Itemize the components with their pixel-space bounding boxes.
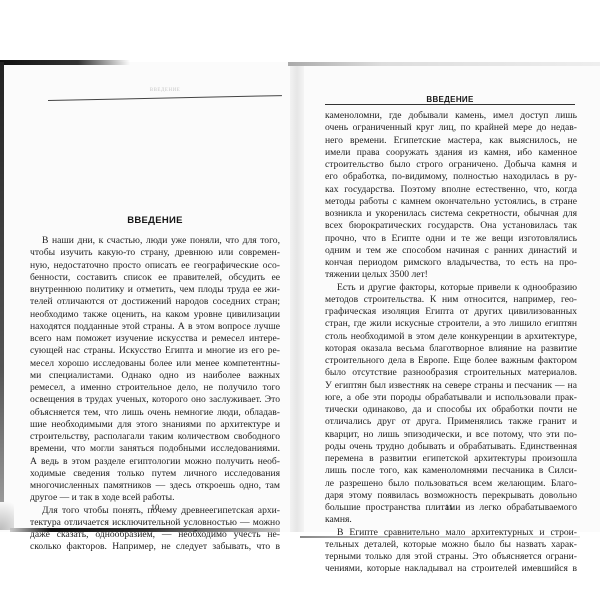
text-line: сколько факторов. Например, не следует з… <box>30 541 280 553</box>
text-line: одним и тем же способом начиная с ранних… <box>325 245 577 257</box>
text-line: методов строительства. К ним относится, … <box>325 294 577 306</box>
text-line: стран, где жили искусные строители, а эт… <box>325 318 577 330</box>
page-edge-shadow <box>0 62 4 502</box>
text-line: возникла и укоренилась система секретнос… <box>325 208 577 220</box>
text-line: многочисленных памятников — здесь открое… <box>30 480 280 492</box>
text-line: ках государства. Поэтому вполне естестве… <box>325 184 577 196</box>
text-line: тектура отличается исключительной условн… <box>30 517 280 529</box>
text-line: телей отличаются от достижений народов с… <box>30 296 280 308</box>
text-line: необходимо также оценить, на каком уровн… <box>30 309 280 321</box>
text-line: всего нам поможет изучение искусства и р… <box>30 333 280 345</box>
faint-running-head: ВВЕДЕНИЕ <box>140 88 190 93</box>
text-line: тельных деталей, которые можно было бы н… <box>325 539 577 551</box>
text-line: отличались друг от друга. Применялись та… <box>325 416 577 428</box>
text-line: кварцит, но лишь эпизодически, и все пот… <box>325 429 577 441</box>
text-line: В наши дни, к счастью, люди уже поняли, … <box>30 235 280 247</box>
text-line: столь необходимой в этом деле конкуренци… <box>325 331 577 343</box>
text-line: всех бюрократических государств. Она уст… <box>325 220 577 232</box>
text-line: строительство было строго ограничено. До… <box>325 159 577 171</box>
text-line: его обработка, по-видимому, полностью на… <box>325 171 577 183</box>
scan-corner-shadow <box>0 490 14 530</box>
text-line: ле разрешено было пользоваться всем жела… <box>325 478 577 490</box>
text-line: бенности, составить список ее правителей… <box>30 272 280 284</box>
text-line: роды очень трудно добывать и обрабатыват… <box>325 441 577 453</box>
text-line: очень ограниченный круг лиц, по крайней … <box>325 122 577 134</box>
text-line: каменоломни, где добывали камень, имел д… <box>325 110 577 122</box>
text-line: юге, а обе эти породы обрабатывали и исп… <box>325 392 577 404</box>
text-line: строительству, располагали таким количес… <box>30 431 280 443</box>
page-edge-shadow <box>0 60 130 65</box>
text-line: терными только для этой страны. Это объя… <box>325 551 577 563</box>
text-line: даря этому появилась возможность перекры… <box>325 490 577 502</box>
text-line: перемена в развитии египетской архитекту… <box>325 453 577 465</box>
text-line: освещения в трудах ученых, которого оно … <box>30 394 280 406</box>
text-line: чениями, которые накладывал на строителе… <box>325 563 577 575</box>
text-line: тяжении целых 3500 лет! <box>325 269 577 281</box>
text-line: В Египте сравнительно мало архитектурных… <box>325 527 577 539</box>
text-line: У египтян был известняк на севере страны… <box>325 380 577 392</box>
text-line: имели права сооружать здания из камня, и… <box>325 147 577 159</box>
text-line: объясняется тем, что лишь очень немногие… <box>30 407 280 419</box>
text-line: прочно, что в Египте одни и те же вещи и… <box>325 233 577 245</box>
text-line: Есть и другие факторы, которые привели к… <box>325 282 577 294</box>
text-line: А ведь в этом разделе египтологии можно … <box>30 456 280 468</box>
text-line: было отсутствие разнообразия строительны… <box>325 367 577 379</box>
running-head: ВВЕДЕНИЕ <box>325 95 575 104</box>
text-line: методы работы с камнем окончательно усто… <box>325 196 577 208</box>
text-line: чтобы изучить какую-то страну, древнюю и… <box>30 247 280 259</box>
text-line: камня. <box>325 514 577 526</box>
text-line: шие необходимыми для этого знаниями по а… <box>30 419 280 431</box>
text-line: месел хорошо исследованы более или менее… <box>30 358 280 370</box>
page-number: 10 <box>135 502 175 512</box>
text-line: внутреннюю политику и отметить, чем плод… <box>30 284 280 296</box>
page-number: 11 <box>429 502 469 512</box>
text-line: находятся подданные этой страны. А в это… <box>30 321 280 333</box>
text-line: графическая изоляция Египта от других ци… <box>325 306 577 318</box>
text-line: ремесел, а именно строительное дело, не … <box>30 382 280 394</box>
text-line: тически одинаково, да и способы их обраб… <box>325 404 577 416</box>
text-line: которая оказала весьма благотворное влия… <box>325 343 577 355</box>
text-line: времени, что могли заняться подобными ис… <box>30 443 280 455</box>
text-line: кончая периодом римского владычества, то… <box>325 257 577 269</box>
text-line: ходимые сведения только путем личного ис… <box>30 468 280 480</box>
text-line: ми специалистами. Однако одно из наиболе… <box>30 370 280 382</box>
book-gutter <box>290 62 304 532</box>
text-line: строительного дела в Европе. Еще более в… <box>325 355 577 367</box>
text-line: него времени. Египетские мастера, как вы… <box>325 135 577 147</box>
chapter-title: ВВЕДЕНИЕ <box>30 215 280 226</box>
page-edge-shadow <box>288 62 600 66</box>
header-rule <box>325 104 575 105</box>
text-line: даже сказать, однообразием, — необходимо… <box>30 529 280 541</box>
text-line: ную, недостаточно просто описать ее геог… <box>30 260 280 272</box>
text-line: лишь после того, как каменоломнями песча… <box>325 465 577 477</box>
text-line: сующей нас страны. Искусство Египта и мн… <box>30 345 280 357</box>
